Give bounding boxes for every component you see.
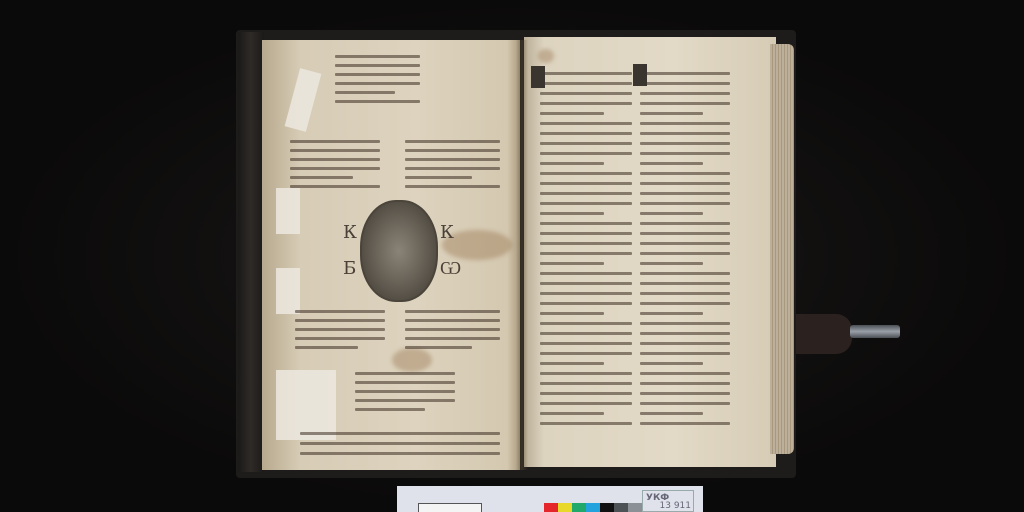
text-line xyxy=(640,162,703,165)
text-line xyxy=(540,362,604,365)
text-line xyxy=(300,432,500,435)
text-line xyxy=(355,381,455,384)
text-line xyxy=(640,232,730,235)
text-line xyxy=(640,402,730,405)
text-line xyxy=(540,392,632,395)
paper-repair xyxy=(276,370,336,440)
text-line xyxy=(540,172,632,175)
text-line xyxy=(640,322,730,325)
text-line xyxy=(355,399,455,402)
text-line xyxy=(540,372,632,375)
emblem-letter: К xyxy=(440,222,454,243)
text-line xyxy=(640,252,730,255)
text-line xyxy=(640,342,730,345)
text-line xyxy=(540,292,632,295)
paper-repair xyxy=(285,68,322,132)
text-line xyxy=(640,152,730,155)
text-line xyxy=(295,319,385,322)
color-swatch xyxy=(614,503,628,512)
text-line xyxy=(540,152,632,155)
text-line xyxy=(540,252,632,255)
text-line xyxy=(355,372,455,375)
text-line xyxy=(640,222,730,225)
text-line xyxy=(290,149,380,152)
institution-logo: УКФ 13 911 xyxy=(642,490,694,512)
text-line xyxy=(405,158,500,161)
text-line xyxy=(640,272,730,275)
text-line xyxy=(405,149,500,152)
text-line xyxy=(640,362,703,365)
page-edges xyxy=(770,44,794,454)
clasp-strap xyxy=(796,314,852,354)
text-line xyxy=(540,192,632,195)
text-line xyxy=(405,185,500,188)
text-line xyxy=(640,382,730,385)
text-line xyxy=(335,73,420,76)
emblem-letter: Б xyxy=(343,258,356,279)
text-line xyxy=(640,122,730,125)
text-line xyxy=(540,262,604,265)
text-line xyxy=(540,222,632,225)
paper-repair xyxy=(276,188,300,234)
text-line xyxy=(540,132,632,135)
text-line xyxy=(540,232,632,235)
text-line xyxy=(640,392,730,395)
text-line xyxy=(640,352,730,355)
book-spine xyxy=(238,32,264,472)
text-line xyxy=(290,185,380,188)
text-line xyxy=(540,202,632,205)
emblem-letter: К xyxy=(343,222,357,243)
text-line xyxy=(640,112,703,115)
text-line xyxy=(290,176,353,179)
text-line xyxy=(540,122,632,125)
text-line xyxy=(405,337,500,340)
color-swatch xyxy=(544,503,558,512)
text-line xyxy=(405,319,500,322)
text-line xyxy=(335,82,420,85)
text-line xyxy=(295,346,358,349)
text-line xyxy=(540,112,604,115)
color-swatch xyxy=(572,503,586,512)
text-line xyxy=(640,422,730,425)
text-line xyxy=(405,328,500,331)
text-line xyxy=(540,382,632,385)
text-line xyxy=(405,167,500,170)
text-line xyxy=(540,162,604,165)
text-line xyxy=(335,64,420,67)
text-line xyxy=(640,372,730,375)
text-line xyxy=(640,262,703,265)
text-line xyxy=(640,132,730,135)
text-line xyxy=(295,337,385,340)
stain xyxy=(538,49,554,63)
text-line xyxy=(540,302,632,305)
text-line xyxy=(355,408,425,411)
text-line xyxy=(405,176,472,179)
gutter xyxy=(516,40,528,470)
text-line xyxy=(335,100,420,103)
text-line xyxy=(540,282,632,285)
text-line xyxy=(640,292,730,295)
text-line xyxy=(540,72,632,75)
text-line xyxy=(540,92,632,95)
text-line xyxy=(640,282,730,285)
color-swatch xyxy=(628,503,642,512)
text-line xyxy=(640,72,730,75)
text-line xyxy=(405,346,472,349)
text-line xyxy=(540,182,632,185)
text-line xyxy=(540,82,632,85)
text-line xyxy=(540,402,632,405)
text-line xyxy=(640,242,730,245)
text-line xyxy=(540,102,632,105)
clasp-metal xyxy=(850,325,900,338)
text-line xyxy=(640,92,730,95)
text-line xyxy=(540,142,632,145)
text-line xyxy=(295,328,385,331)
text-line xyxy=(540,272,632,275)
text-line xyxy=(640,172,730,175)
text-line xyxy=(405,310,500,313)
text-line xyxy=(540,212,604,215)
text-line xyxy=(640,202,730,205)
text-line xyxy=(405,140,500,143)
text-line xyxy=(355,390,455,393)
text-line xyxy=(540,422,632,425)
text-line xyxy=(540,412,604,415)
text-line xyxy=(290,140,380,143)
text-line xyxy=(290,158,380,161)
text-line xyxy=(540,312,604,315)
text-line xyxy=(335,91,395,94)
color-swatch xyxy=(600,503,614,512)
text-line xyxy=(640,192,730,195)
stain xyxy=(392,348,432,372)
text-line xyxy=(540,322,632,325)
text-line xyxy=(300,442,500,445)
text-line xyxy=(295,310,385,313)
woodcut-emblem xyxy=(360,200,438,302)
text-line xyxy=(540,352,632,355)
text-line xyxy=(640,332,730,335)
text-line xyxy=(640,412,703,415)
emblem-letter: Ѡ xyxy=(440,258,461,279)
text-line xyxy=(640,142,730,145)
text-line xyxy=(640,302,730,305)
ruler xyxy=(418,503,482,512)
text-line xyxy=(640,82,730,85)
text-line xyxy=(640,182,730,185)
text-line xyxy=(300,452,500,455)
text-line xyxy=(540,342,632,345)
text-line xyxy=(540,242,632,245)
text-line xyxy=(540,332,632,335)
text-line xyxy=(335,55,420,58)
decorated-initial xyxy=(531,66,545,88)
paper-repair xyxy=(276,268,300,314)
color-swatch xyxy=(558,503,572,512)
text-line xyxy=(640,312,703,315)
text-line xyxy=(290,167,380,170)
text-line xyxy=(640,212,703,215)
text-line xyxy=(640,102,730,105)
decorated-initial xyxy=(633,64,647,86)
color-swatch xyxy=(586,503,600,512)
